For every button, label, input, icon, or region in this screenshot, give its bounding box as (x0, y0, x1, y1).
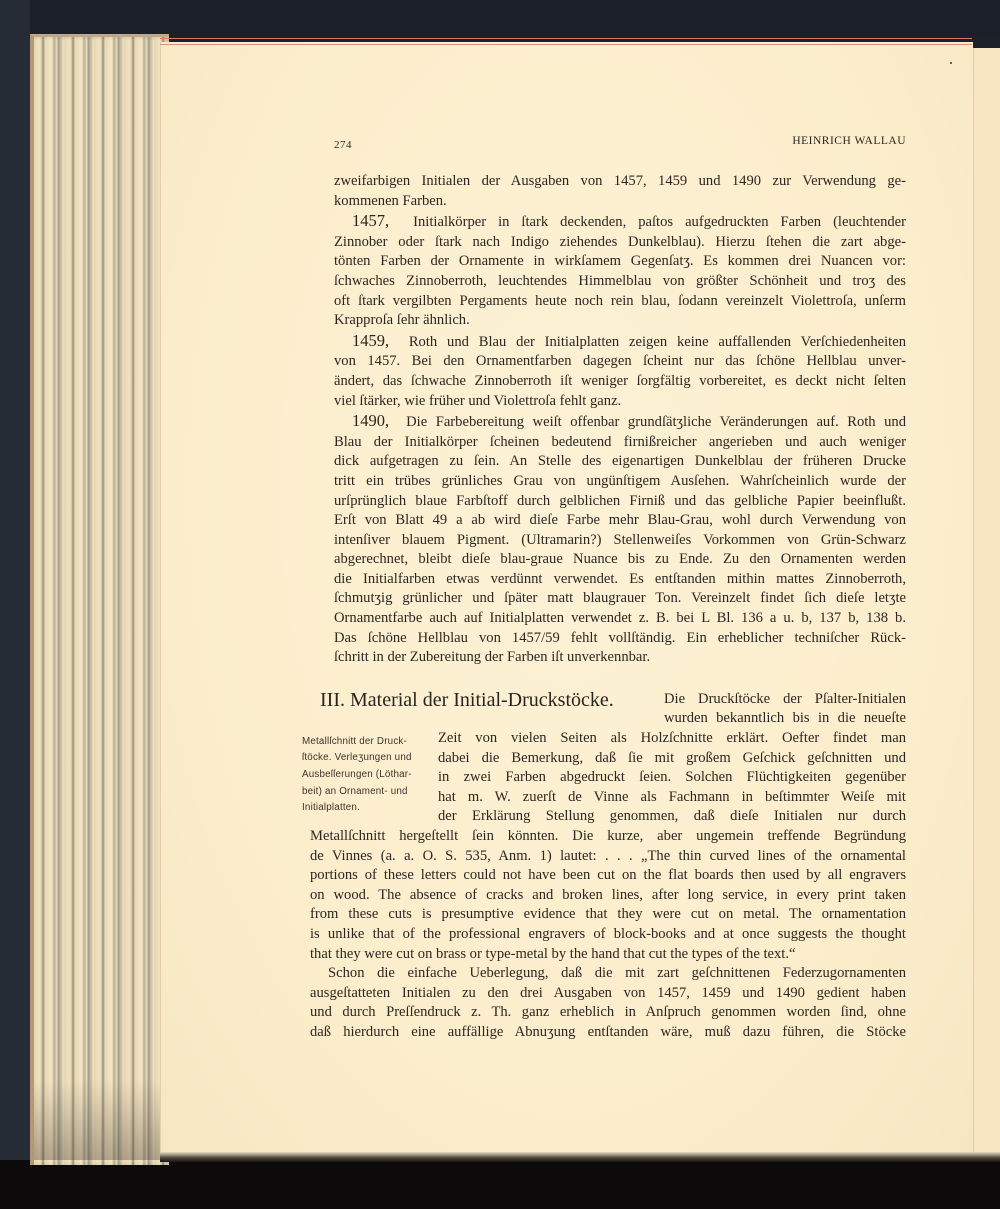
page-stack-edges (30, 34, 169, 1165)
paper-speck (950, 62, 952, 64)
paragraph-quote: Metallſchnitt hergeſtellt ſein könnten. … (310, 827, 906, 964)
paragraph-1490: 1490, Die Farbebereitung weiſt offenbar … (334, 411, 906, 668)
top-red-rule (160, 38, 972, 39)
section-heading: III. Material der Initial-Druckstöcke. (320, 688, 614, 712)
margin-note: Metallſchnitt der Druck- ſtöcke. Verleʒu… (302, 734, 430, 817)
section-iii: III. Material der Initial-Druckstöcke. D… (334, 690, 906, 1043)
page-bottom-edge (160, 1152, 1000, 1162)
paragraph-1457: 1457, Initialkörper in ſtark deckenden, … (334, 211, 906, 331)
page-stack-shadow (34, 1080, 164, 1160)
paragraph-1459: 1459, Roth und Blau der Initialplatten z… (334, 331, 906, 411)
top-red-rule-inner (160, 44, 972, 45)
page-number: 274 (334, 136, 352, 156)
running-head: 274 HEINRICH WALLAU (334, 132, 906, 158)
background-top (0, 0, 1000, 36)
facing-page-edge (972, 48, 1000, 1160)
year-1459: 1459, (352, 331, 389, 350)
paragraph-schon: Schon die einfache Ueberlegung, daß die … (310, 964, 906, 1042)
text-block: 274 HEINRICH WALLAU zweifarbigen Initial… (334, 132, 906, 1043)
year-1457: 1457, (352, 211, 389, 230)
background-bottom (0, 1160, 1000, 1209)
year-1490: 1490, (352, 411, 389, 430)
intro-paragraph: zweifarbigen Initialen der Ausgaben von … (334, 172, 906, 211)
background-left (0, 0, 30, 1209)
running-head-author: HEINRICH WALLAU (792, 132, 906, 152)
